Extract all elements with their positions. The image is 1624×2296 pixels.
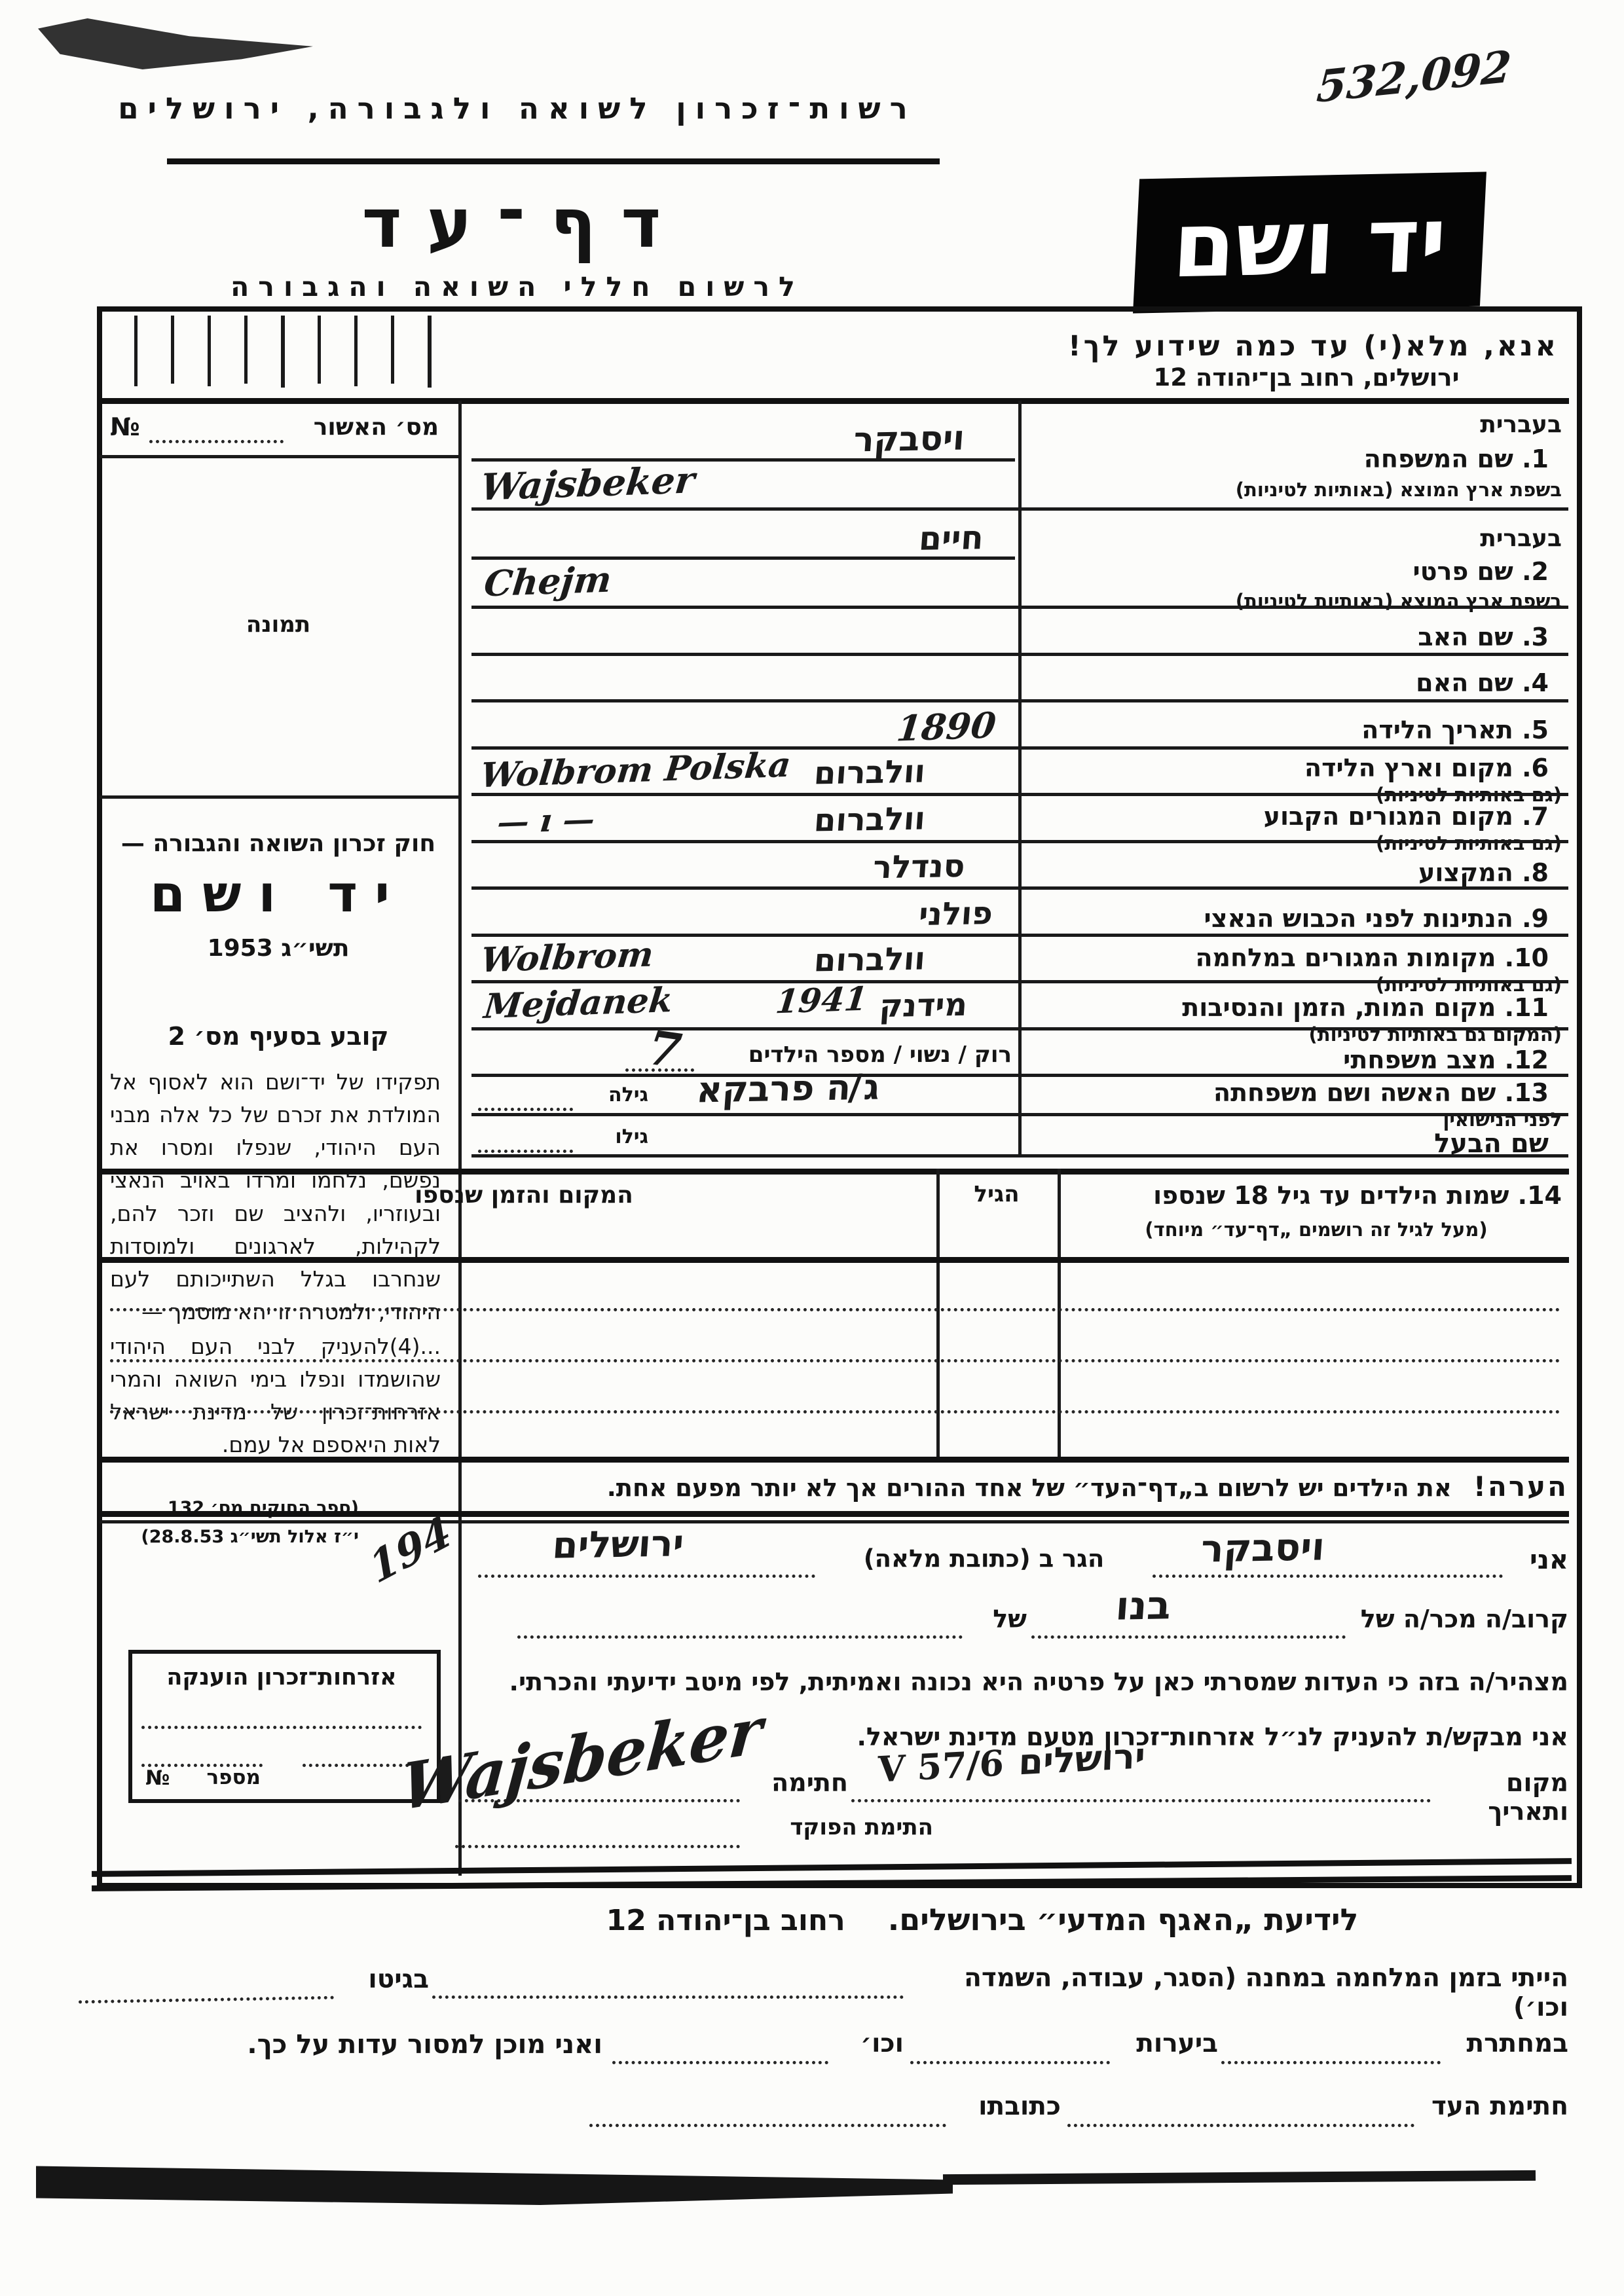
line-birthplace bbox=[471, 793, 1568, 796]
citizenship-box-title: אזרחות־זכרון הוענקה bbox=[138, 1664, 426, 1690]
note-lead: הערה! bbox=[1473, 1470, 1568, 1503]
hw-war-residence-hebrew: וולברום bbox=[810, 941, 926, 979]
note-rule-1 bbox=[100, 1511, 1569, 1517]
line-husband-name bbox=[471, 1154, 1568, 1157]
declarant-address-label: הגר ב (כתובת מלאה) bbox=[822, 1545, 1146, 1573]
photo-placeholder-label: תמונה bbox=[164, 612, 393, 638]
etc-blank bbox=[612, 2061, 828, 2064]
scan-artifact bbox=[36, 2159, 953, 2205]
hw-profession: סנדלר bbox=[869, 848, 965, 886]
bottom-title-address: רחוב בן־יהודה 12 bbox=[606, 1904, 845, 1937]
hw-death-year: 1941 bbox=[774, 979, 870, 1021]
field-label-12: 12. מצב משפחתי bbox=[1031, 1046, 1549, 1075]
header-strip-rule bbox=[100, 398, 1569, 404]
ghetto-blank bbox=[79, 1996, 334, 2004]
of-blank bbox=[517, 1635, 963, 1639]
children-row3 bbox=[110, 1410, 1560, 1413]
hw-family-latin: Wajsbeker bbox=[479, 458, 697, 509]
handwritten-file-number: 532,092 bbox=[1315, 41, 1513, 113]
hw-declarant-address: ירושלים bbox=[547, 1522, 684, 1567]
children-col-age: הגיל bbox=[938, 1182, 1056, 1207]
bottom-title: לידיעת „האגף המדעי״ בירושלים. bbox=[888, 1902, 1359, 1937]
field-sublabel-2: בשפת ארץ המוצא (באותיות לטיניות) bbox=[1031, 591, 1562, 612]
hw-citizenship: פולני bbox=[915, 895, 993, 933]
left-column-divider bbox=[458, 401, 462, 1876]
of-label: של bbox=[968, 1605, 1027, 1634]
note-line: הערה! את הילדים יש לרשום ב„דף־העד״ של אח… bbox=[196, 1470, 1568, 1503]
witness-signature-label: חתימת העד bbox=[1421, 2092, 1568, 2122]
field-sublabel-1: בשפת ארץ המוצא (באותיות לטיניות) bbox=[1031, 479, 1562, 501]
underground-label: במחתרת bbox=[1447, 2030, 1568, 2059]
form-subtitle: לרשום חללי השואה והגבורה bbox=[170, 272, 864, 302]
his-age-label: גילו bbox=[576, 1126, 648, 1149]
children-row1 bbox=[110, 1308, 1560, 1311]
hebrew-label-2: בעברית bbox=[1031, 525, 1562, 552]
marital-options-label: רוק / נשוי / מספר הילדים bbox=[697, 1042, 1012, 1068]
bottom-title-line: לידיעת „האגף המדעי״ בירושלים. רחוב בן־יה… bbox=[458, 1902, 1506, 1937]
hw-first-hebrew: חיים bbox=[914, 518, 984, 558]
declaration-statement: מצהיר/ה בזה כי העדות שמסרתי כאן על פרטיה… bbox=[478, 1668, 1568, 1697]
field-label-8: 8. המקצוע bbox=[1031, 859, 1549, 888]
ghetto-label: בגיטו bbox=[337, 1965, 429, 1995]
citizenship-box-number-label: מספר bbox=[175, 1766, 261, 1790]
field-label-2: 2. שם פרטי bbox=[1031, 558, 1549, 587]
field-label-5: 5. תאריך הלידה bbox=[1031, 716, 1549, 745]
yad-vashem-logo: יד ושם bbox=[1133, 172, 1486, 313]
authority-line: רשות־זכרון לשואה ולגבורה, ירושלים bbox=[111, 92, 923, 126]
her-age-blank bbox=[478, 1108, 573, 1111]
law-section: קובע בסעיף מס׳ 2 bbox=[108, 1023, 449, 1051]
line-mother bbox=[471, 699, 1568, 702]
field-label-3: 3. שם האב bbox=[1031, 623, 1549, 652]
declarant-label: אני bbox=[1506, 1545, 1568, 1575]
line-residence bbox=[471, 840, 1568, 843]
hw-wife-name: ג/ה פרבקא bbox=[692, 1066, 879, 1111]
underground-blank bbox=[1221, 2061, 1441, 2064]
form-title: דף־עד bbox=[275, 185, 773, 263]
field-label-11: 11. מקום המות, הזמן והנסיבות bbox=[1031, 994, 1549, 1023]
hw-relative-value: בנו bbox=[1111, 1582, 1172, 1629]
hw-declarant-name: ויסבקר bbox=[1196, 1524, 1325, 1571]
note-rule-2 bbox=[100, 1520, 1569, 1523]
approval-row-rule bbox=[100, 455, 458, 458]
scan-artifact bbox=[943, 2170, 1536, 2185]
hw-death-place-latin: Mejdanek bbox=[482, 980, 674, 1027]
children-table-v1 bbox=[936, 1169, 940, 1457]
field-label-9: 9. הנתינות לפני הכבוש הנאצי bbox=[1031, 905, 1549, 934]
hebrew-label-1: בעברית bbox=[1031, 411, 1562, 438]
field-label-13: 13. שם האשה ושם משפחתה bbox=[1031, 1079, 1549, 1108]
line-wife-name bbox=[471, 1113, 1568, 1116]
line-family-latin bbox=[471, 507, 1568, 511]
children-table-top bbox=[100, 1169, 1569, 1175]
witness-address-blank bbox=[589, 2124, 946, 2127]
page-of-testimony-scan: 532,092 יד ושם ירושלים, רחוב בן־יהודה 12… bbox=[0, 0, 1624, 2296]
camp-blank bbox=[432, 1995, 904, 1999]
line-birthdate bbox=[471, 746, 1568, 750]
field-label-4: 4. שם האם bbox=[1031, 669, 1549, 698]
declaration-request: אני מבקש/ת להעניק לנ״ל אזרחות־זכרון מטעם… bbox=[720, 1723, 1568, 1752]
hw-family-hebrew: ויסבקר bbox=[849, 418, 965, 460]
masthead-rule bbox=[167, 158, 940, 164]
witness-address-label: כתובתו bbox=[950, 2092, 1061, 2122]
line-profession bbox=[471, 886, 1568, 890]
hw-death-place-hebrew: מידנק bbox=[876, 987, 968, 1025]
witness-signature-blank bbox=[1067, 2124, 1414, 2127]
field-sublabel-13: לפני הנישואין bbox=[1031, 1109, 1562, 1131]
camp-label: הייתי בזמן המלחמה במחנה (הסגר, עבודה, הש… bbox=[910, 1964, 1568, 2023]
official-signature-blank bbox=[455, 1845, 740, 1848]
his-age-blank bbox=[478, 1150, 573, 1153]
note-text: את הילדים יש לרשום ב„דף־העד״ של אחד ההור… bbox=[607, 1474, 1452, 1502]
field-label-6: 6. מקום וארץ הלידה bbox=[1031, 754, 1549, 783]
children-table-bottom bbox=[100, 1457, 1569, 1463]
approval-number-sign: № bbox=[110, 412, 146, 441]
citizenship-box-number-sign: № bbox=[145, 1766, 175, 1790]
line-death-place bbox=[471, 1027, 1568, 1030]
declarant-name-blank bbox=[1153, 1575, 1503, 1578]
children-header-rule bbox=[100, 1257, 1569, 1263]
hw-residence-ditto: — ı — bbox=[496, 801, 597, 841]
official-signature-label: התימת הפוקד bbox=[743, 1815, 933, 1840]
field-sublabel-7: (גם באותיות לטיניות) bbox=[1031, 833, 1562, 854]
hw-war-residence-latin: Wolbrom bbox=[479, 934, 655, 980]
approval-number-label: מס׳ האשור bbox=[288, 414, 439, 441]
line-marital bbox=[471, 1074, 1568, 1077]
law-body-clause: ...(4)להעניק לבני העם היהודי שהושמדו ונפ… bbox=[110, 1330, 441, 1462]
law-year: תשי״ג 1953 bbox=[108, 935, 449, 962]
law-title: חוק זכרון השואה והגבורה — bbox=[108, 830, 449, 857]
law-brand: יד ושם bbox=[108, 866, 449, 924]
approval-number-blank bbox=[149, 440, 284, 443]
label-column-divider bbox=[1018, 401, 1022, 1155]
hw-birthplace-hebrew: וולברום bbox=[810, 754, 926, 792]
children-field-label: 14. שמות הילדים עד גיל 18 שנספו bbox=[1071, 1182, 1562, 1211]
children-field-sublabel: (מעל לגיל זה רושמים „דף־עד״ מיוחד) bbox=[1071, 1219, 1562, 1241]
etc-label: וכו׳ bbox=[835, 2030, 904, 2059]
testify-label: ואני מוכן למסור עדות על כך. bbox=[98, 2030, 602, 2060]
forests-label: ביערות bbox=[1116, 2030, 1218, 2059]
place-date-blank bbox=[851, 1799, 1431, 1802]
children-row2 bbox=[110, 1359, 1560, 1362]
signature-label: חתימה bbox=[743, 1769, 848, 1798]
place-date-label: מקום ותאריך bbox=[1434, 1769, 1568, 1826]
photo-cell-rule bbox=[100, 795, 458, 799]
yad-vashem-logo-text: יד ושם bbox=[1170, 187, 1449, 299]
forests-blank bbox=[910, 2061, 1110, 2064]
hw-first-latin: Chejm bbox=[482, 558, 614, 605]
hw-birthdate: 1890 bbox=[895, 704, 998, 749]
fill-instruction: אנא, מלא(י) עד כמה שידוע לך! bbox=[1048, 331, 1559, 363]
scan-artifact bbox=[38, 18, 313, 69]
field-label-10: 10. מקומות המגורים במלחמה bbox=[1031, 944, 1549, 973]
her-age-label: גילה bbox=[576, 1084, 648, 1107]
law-source-line2: י״ז אלול תשי״ג 28.8.53) bbox=[110, 1527, 359, 1547]
hw-residence-hebrew: וולברום bbox=[810, 801, 926, 839]
children-table-v2 bbox=[1058, 1169, 1061, 1457]
citizenship-box-blank1 bbox=[141, 1726, 422, 1729]
children-col-place: המקום והזמן שנספו bbox=[262, 1182, 786, 1209]
relative-label: קרוב/ה מכר/ה של bbox=[1352, 1605, 1568, 1634]
field-label-7: 7. מקום המגורים הקבוע bbox=[1031, 803, 1549, 831]
field-label-1: 1. שם המשפחה bbox=[1031, 445, 1549, 474]
line-family-hebrew bbox=[471, 458, 1015, 462]
line-father bbox=[471, 653, 1568, 656]
relative-blank bbox=[1031, 1635, 1346, 1639]
declarant-address-blank bbox=[478, 1575, 815, 1578]
line-first-latin bbox=[471, 606, 1568, 609]
